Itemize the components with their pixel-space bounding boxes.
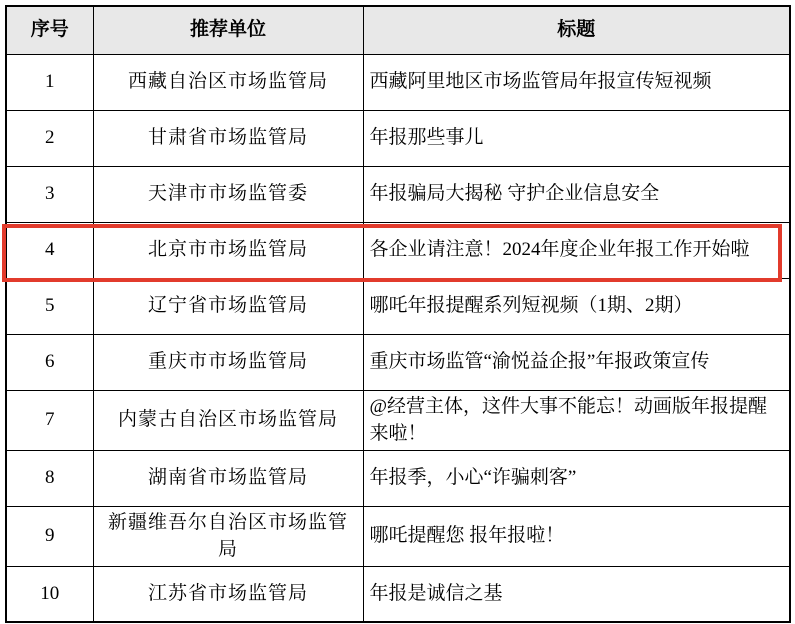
row-unit-cell: 重庆市市场监管局 [93,334,363,390]
recommendation-table: 序号 推荐单位 标题 1 西藏自治区市场监管局 西藏阿里地区市场监管局年报宣传短… [5,5,791,623]
document-page: 序号 推荐单位 标题 1 西藏自治区市场监管局 西藏阿里地区市场监管局年报宣传短… [0,0,795,624]
row-title-cell: @经营主体，这件大事不能忘！动画版年报提醒来啦！ [363,390,790,450]
row-number-cell: 1 [6,54,93,110]
row-title-cell: 西藏阿里地区市场监管局年报宣传短视频 [363,54,790,110]
table-header-row: 序号 推荐单位 标题 [6,6,790,54]
row-title-cell: 哪吒提醒您 报年报啦！ [363,506,790,566]
header-serial-number: 序号 [6,6,93,54]
row-title-cell: 哪吒年报提醒系列短视频（1期、2期） [363,278,790,334]
row-title-cell: 年报季，小心“诈骗刺客” [363,450,790,506]
table-row: 5 辽宁省市场监管局 哪吒年报提醒系列短视频（1期、2期） [6,278,790,334]
row-number-cell: 9 [6,506,93,566]
table-row: 7 内蒙古自治区市场监管局 @经营主体，这件大事不能忘！动画版年报提醒来啦！ [6,390,790,450]
table-row: 10 江苏省市场监管局 年报是诚信之基 [6,566,790,622]
row-unit-cell: 天津市市场监管委 [93,166,363,222]
row-number-cell: 3 [6,166,93,222]
row-number-cell: 5 [6,278,93,334]
red-highlight-box [2,224,782,282]
row-unit-cell: 内蒙古自治区市场监管局 [93,390,363,450]
table-row: 3 天津市市场监管委 年报骗局大揭秘 守护企业信息安全 [6,166,790,222]
row-number-cell: 10 [6,566,93,622]
row-unit-cell: 湖南省市场监管局 [93,450,363,506]
row-unit-cell: 江苏省市场监管局 [93,566,363,622]
header-recommending-unit: 推荐单位 [93,6,363,54]
row-number-cell: 8 [6,450,93,506]
row-title-cell: 年报是诚信之基 [363,566,790,622]
row-unit-cell: 甘肃省市场监管局 [93,110,363,166]
table-row: 9 新疆维吾尔自治区市场监管局 哪吒提醒您 报年报啦！ [6,506,790,566]
row-number-cell: 7 [6,390,93,450]
row-unit-cell: 西藏自治区市场监管局 [93,54,363,110]
row-title-cell: 重庆市场监管“渝悦益企报”年报政策宣传 [363,334,790,390]
header-title: 标题 [363,6,790,54]
table-row: 8 湖南省市场监管局 年报季，小心“诈骗刺客” [6,450,790,506]
row-title-cell: 年报骗局大揭秘 守护企业信息安全 [363,166,790,222]
row-unit-cell: 新疆维吾尔自治区市场监管局 [93,506,363,566]
row-unit-cell: 辽宁省市场监管局 [93,278,363,334]
table-row: 6 重庆市市场监管局 重庆市场监管“渝悦益企报”年报政策宣传 [6,334,790,390]
row-title-cell: 年报那些事儿 [363,110,790,166]
row-number-cell: 2 [6,110,93,166]
row-number-cell: 6 [6,334,93,390]
table-row: 2 甘肃省市场监管局 年报那些事儿 [6,110,790,166]
table-row: 1 西藏自治区市场监管局 西藏阿里地区市场监管局年报宣传短视频 [6,54,790,110]
